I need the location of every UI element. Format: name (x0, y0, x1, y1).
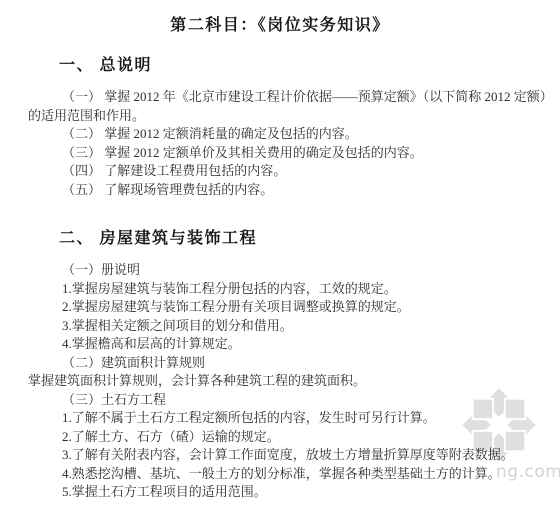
text-line: 1.掌握房屋建筑与装饰工程分册包括的内容，工效的规定。 (28, 280, 542, 299)
text-line: （一） 掌握 2012 年《北京市建设工程计价依据——预算定额》（以下简称 20… (28, 88, 542, 107)
text-line: （五） 了解现场管理费包括的内容。 (28, 181, 542, 200)
text-line: （三） 掌握 2012 定额单价及其相关费用的确定及包括的内容。 (28, 144, 542, 163)
text-line: 掌握建筑面积计算规则，会计算各种建筑工程的建筑面积。 (28, 372, 542, 391)
document-page: ng.com 第二科目：《岗位实务知识》 一、 总说明（一） 掌握 2012 年… (0, 0, 560, 507)
text-line: 4.掌握檐高和层高的计算规定。 (28, 335, 542, 354)
section-heading: 一、 总说明 (28, 56, 542, 76)
text-line: 的适用范围和作用。 (28, 107, 542, 126)
text-line: 2.了解土方、石方（碴）运输的规定。 (28, 428, 542, 447)
text-line: 3.掌握相关定额之间项目的划分和借用。 (28, 317, 542, 336)
sections: 一、 总说明（一） 掌握 2012 年《北京市建设工程计价依据——预算定额》（以… (28, 56, 542, 502)
section: 二、 房屋建筑与装饰工程（一）册说明1.掌握房屋建筑与装饰工程分册包括的内容，工… (28, 229, 542, 502)
section-heading: 二、 房屋建筑与装饰工程 (28, 229, 542, 249)
text-line: （一）册说明 (28, 261, 542, 280)
text-line: 2.掌握房屋建筑与装饰工程分册有关项目调整或换算的规定。 (28, 298, 542, 317)
section-lines: （一） 掌握 2012 年《北京市建设工程计价依据——预算定额》（以下简称 20… (28, 88, 542, 199)
text-line: 5.掌握土石方工程项目的适用范围。 (28, 483, 542, 502)
page-title: 第二科目：《岗位实务知识》 (0, 0, 560, 36)
document-content: 第二科目：《岗位实务知识》 一、 总说明（一） 掌握 2012 年《北京市建设工… (0, 0, 560, 502)
text-line: 3.了解有关附表内容，会计算工作面宽度，放坡土方增量折算厚度等附表数据。 (28, 446, 542, 465)
text-line: （二）建筑面积计算规则 (28, 354, 542, 373)
section-lines: （一）册说明1.掌握房屋建筑与装饰工程分册包括的内容，工效的规定。2.掌握房屋建… (28, 261, 542, 502)
text-line: 1.了解不属于土石方工程定额所包括的内容，发生时可另行计算。 (28, 409, 542, 428)
section: 一、 总说明（一） 掌握 2012 年《北京市建设工程计价依据——预算定额》（以… (28, 56, 542, 199)
text-line: （三）土石方工程 (28, 391, 542, 410)
text-line: （二） 掌握 2012 定额消耗量的确定及包括的内容。 (28, 125, 542, 144)
text-line: （四） 了解建设工程费用包括的内容。 (28, 162, 542, 181)
text-line: 4.熟悉挖沟槽、基坑、一般土方的划分标准，掌握各种类型基础土方的计算。 (28, 465, 542, 484)
